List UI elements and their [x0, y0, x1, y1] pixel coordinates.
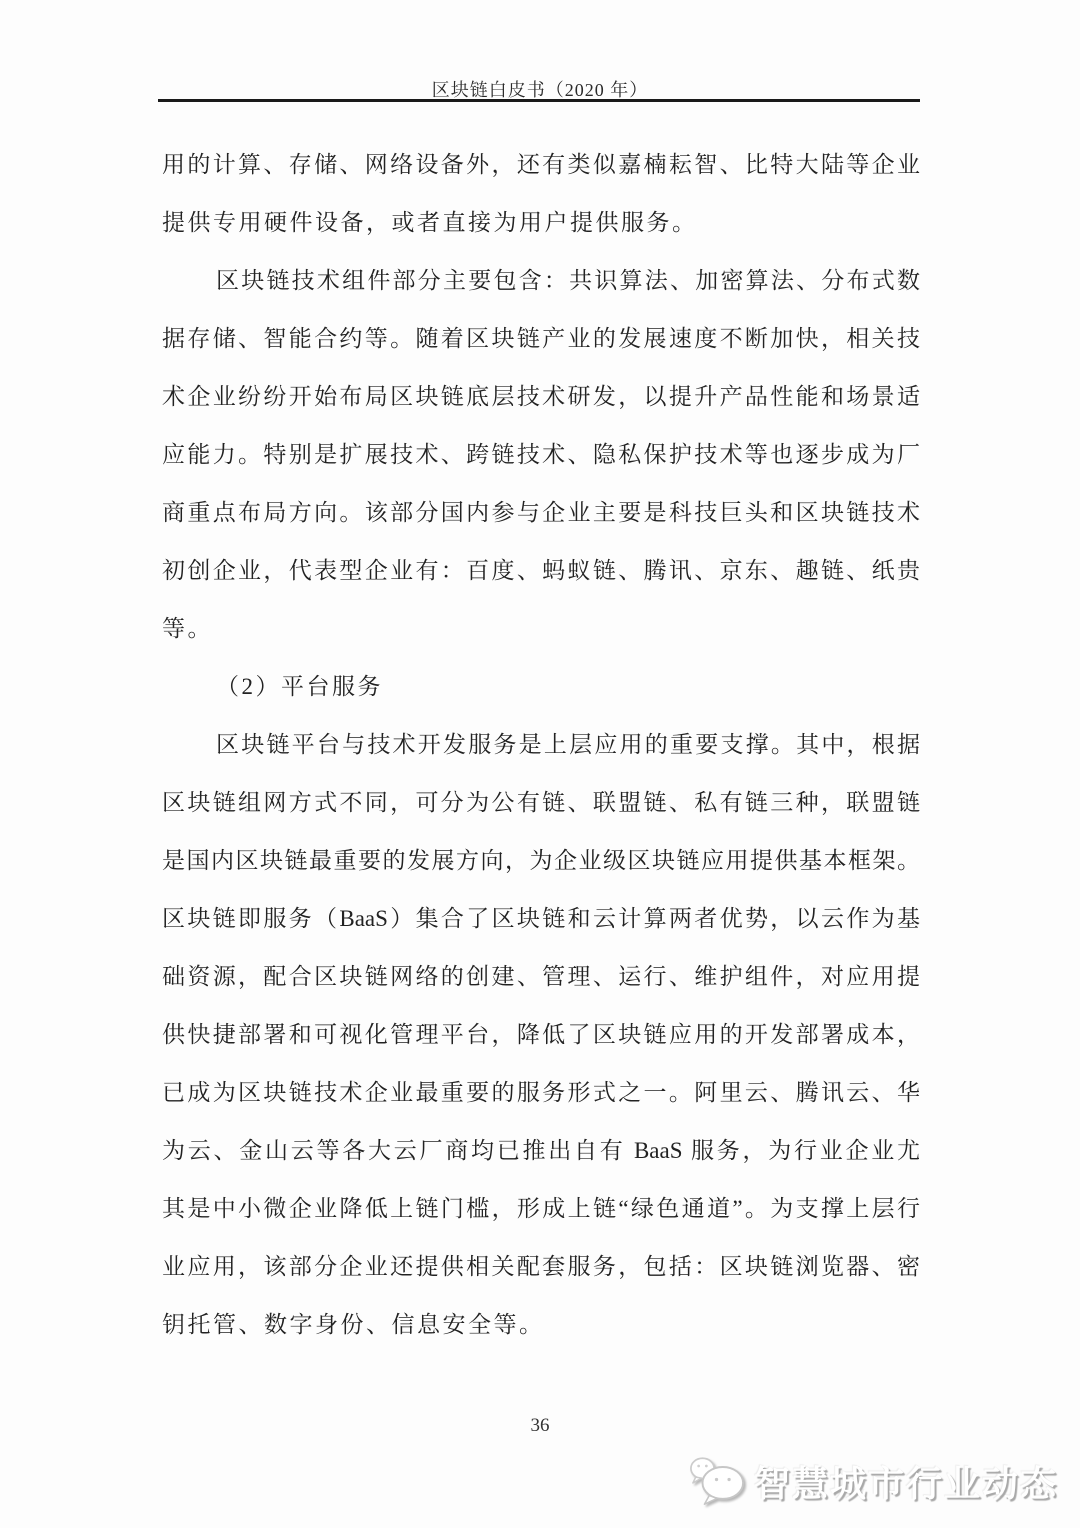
text-line: 等。 [162, 600, 920, 658]
text-line: 商重点布局方向。该部分国内参与企业主要是科技巨头和区块链技术 [162, 484, 920, 542]
watermark-label: 智慧城市行业动态 [754, 1456, 1058, 1507]
text-line: 据存储、智能合约等。随着区块链产业的发展速度不断加快，相关技 [162, 310, 920, 368]
text-line: 已成为区块链技术企业最重要的服务形式之一。阿里云、腾讯云、华 [162, 1064, 920, 1122]
text-line: 术企业纷纷开始布局区块链底层技术研发，以提升产品性能和场景适 [162, 368, 920, 426]
text-line: 应能力。特别是扩展技术、跨链技术、隐私保护技术等也逐步成为厂 [162, 426, 920, 484]
text-line: 提供专用硬件设备，或者直接为用户提供服务。 [162, 194, 920, 252]
watermark: 智慧城市行业动态 [688, 1455, 1058, 1507]
text-line: 区块链即服务（BaaS）集合了区块链和云计算两者优势，以云作为基 [162, 890, 920, 948]
text-line: 区块链组网方式不同，可分为公有链、联盟链、私有链三种，联盟链 [162, 774, 920, 832]
text-line: 是国内区块链最重要的发展方向，为企业级区块链应用提供基本框架。 [162, 832, 920, 890]
wechat-icon [688, 1455, 746, 1507]
page-number: 36 [0, 1415, 1080, 1437]
header-rule [158, 99, 920, 102]
text-line: 为云、金山云等各大云厂商均已推出自有 BaaS 服务，为行业企业尤 [162, 1122, 920, 1180]
text-line: 钥托管、数字身份、信息安全等。 [162, 1296, 920, 1354]
document-page: 区块链白皮书（2020 年） 用的计算、存储、网络设备外，还有类似嘉楠耘智、比特… [0, 0, 1080, 1528]
text-line: 供快捷部署和可视化管理平台，降低了区块链应用的开发部署成本， [162, 1006, 920, 1064]
text-line: 区块链技术组件部分主要包含：共识算法、加密算法、分布式数 [162, 252, 920, 310]
text-line: 区块链平台与技术开发服务是上层应用的重要支撑。其中，根据 [162, 716, 920, 774]
section-heading: （2）平台服务 [162, 658, 920, 716]
text-line: 础资源，配合区块链网络的创建、管理、运行、维护组件，对应用提 [162, 948, 920, 1006]
text-line: 初创企业，代表型企业有：百度、蚂蚁链、腾讯、京东、趣链、纸贵 [162, 542, 920, 600]
text-line: 用的计算、存储、网络设备外，还有类似嘉楠耘智、比特大陆等企业 [162, 136, 920, 194]
text-line: 业应用，该部分企业还提供相关配套服务，包括：区块链浏览器、密 [162, 1238, 920, 1296]
body-text-block: 用的计算、存储、网络设备外，还有类似嘉楠耘智、比特大陆等企业 提供专用硬件设备，… [162, 136, 920, 1354]
text-line: 其是中小微企业降低上链门槛，形成上链“绿色通道”。为支撑上层行 [162, 1180, 920, 1238]
